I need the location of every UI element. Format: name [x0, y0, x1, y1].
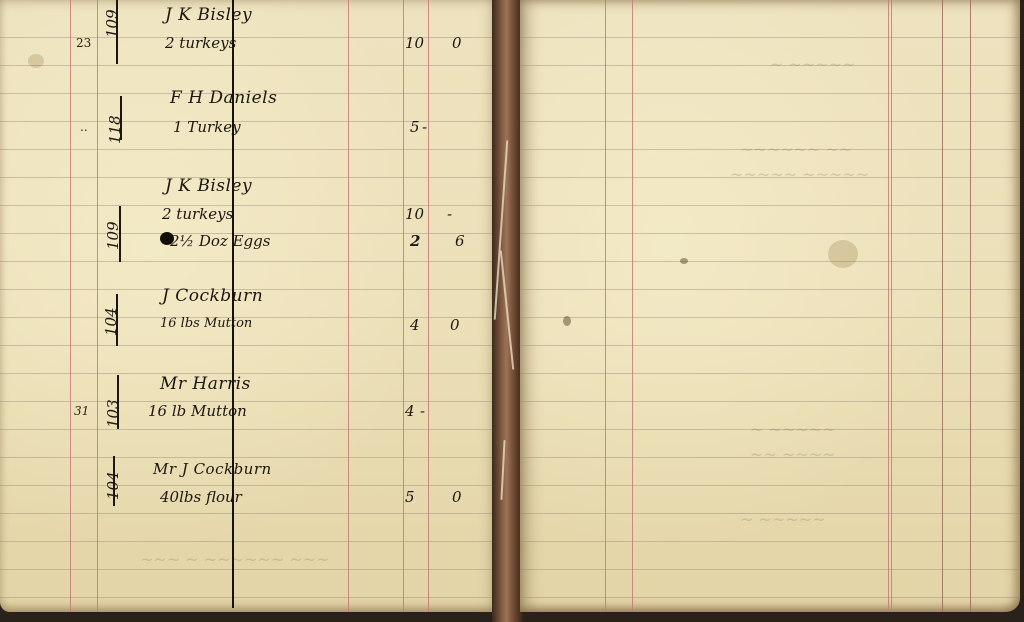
- entry-date: ..: [80, 120, 88, 134]
- open-ledger-book: ~~~ ~ ~~~~~~ ~~~ 23 109 J K Bisley 2 tur…: [0, 0, 1024, 622]
- customer-name: Mr Harris: [160, 374, 251, 394]
- customer-name: Mr J Cockburn: [153, 460, 272, 478]
- stain: [563, 316, 571, 326]
- folio-underline: [119, 206, 121, 262]
- line-item: 2 turkeys: [165, 34, 236, 52]
- folio-underline: [120, 96, 122, 140]
- line-item: 1 Turkey: [173, 118, 241, 136]
- line-item: 16 lbs Mutton: [160, 316, 252, 331]
- amount-shillings: 5: [405, 488, 415, 506]
- folio-column-rule: [97, 0, 98, 612]
- amount-shillings: 4: [410, 316, 420, 334]
- amount-shillings: 2: [410, 232, 420, 250]
- folio-underline: [116, 0, 118, 64]
- amount-pence: -: [447, 205, 452, 223]
- line-item: 16 lb Mutton: [148, 402, 247, 420]
- binding-thread: [500, 250, 515, 370]
- customer-name: F H Daniels: [170, 88, 277, 108]
- bleed-through-text: ~ ~~~~~: [770, 55, 856, 74]
- shillings-column-rule: [403, 0, 404, 612]
- stain: [680, 258, 688, 264]
- binding-thread: [500, 440, 505, 500]
- line-item: 2½ Doz Eggs: [170, 232, 270, 250]
- amount-pence: 6: [455, 232, 465, 250]
- amount-pence: 0: [452, 34, 462, 52]
- entry-folio: 103: [104, 399, 122, 428]
- pence-column-rule: [970, 0, 971, 612]
- folio-underline: [116, 294, 118, 346]
- stain: [828, 240, 858, 268]
- amount-shillings: 10: [405, 205, 424, 223]
- date-column-rule: [70, 0, 71, 612]
- left-page: ~~~ ~ ~~~~~~ ~~~ 23 109 J K Bisley 2 tur…: [0, 0, 498, 612]
- shillings-column-rule: [942, 0, 943, 612]
- bleed-through-text: ~ ~~~~~: [740, 510, 826, 529]
- line-item: 40lbs flour: [160, 488, 242, 506]
- bleed-through-text: ~~~~~ ~~~~~: [730, 165, 869, 184]
- description-column-rule: [888, 0, 889, 612]
- amount-pence: -: [422, 118, 427, 136]
- amount-shillings: 4: [405, 402, 415, 420]
- description-column-rule-double: [891, 0, 892, 612]
- description-column-rule: [348, 0, 349, 612]
- entry-date: 31: [74, 404, 89, 418]
- bleed-through-text: ~~ ~~~~: [750, 445, 836, 464]
- date-column-rule: [605, 0, 606, 612]
- page-crack-line: [232, 0, 234, 608]
- customer-name: J K Bisley: [165, 5, 252, 25]
- amount-shillings: 10: [405, 34, 424, 52]
- bleed-through-text: ~~~ ~ ~~~~~~ ~~~: [140, 550, 330, 569]
- bleed-through-text: ~ ~~~~~: [750, 420, 836, 439]
- entry-folio: 109: [103, 9, 121, 38]
- amount-pence: 0: [452, 488, 462, 506]
- folio-underline: [113, 456, 115, 506]
- customer-name: J K Bisley: [165, 176, 252, 196]
- customer-name: J Cockburn: [162, 286, 263, 306]
- stain: [28, 54, 44, 68]
- folio-underline: [117, 375, 119, 429]
- amount-pence: -: [420, 402, 425, 420]
- entry-date: 23: [76, 36, 91, 50]
- folio-column-rule: [632, 0, 633, 612]
- pence-column-rule: [428, 0, 429, 612]
- amount-pence: 0: [450, 316, 460, 334]
- amount-shillings: 5: [410, 118, 420, 136]
- line-item: 2 turkeys: [162, 205, 233, 223]
- right-page: ~ ~~~~~ ~~~~~~ ~~ ~~~~~ ~~~~~ ~ ~~~~~ ~~…: [520, 0, 1020, 612]
- bleed-through-text: ~~~~~~ ~~: [740, 140, 852, 159]
